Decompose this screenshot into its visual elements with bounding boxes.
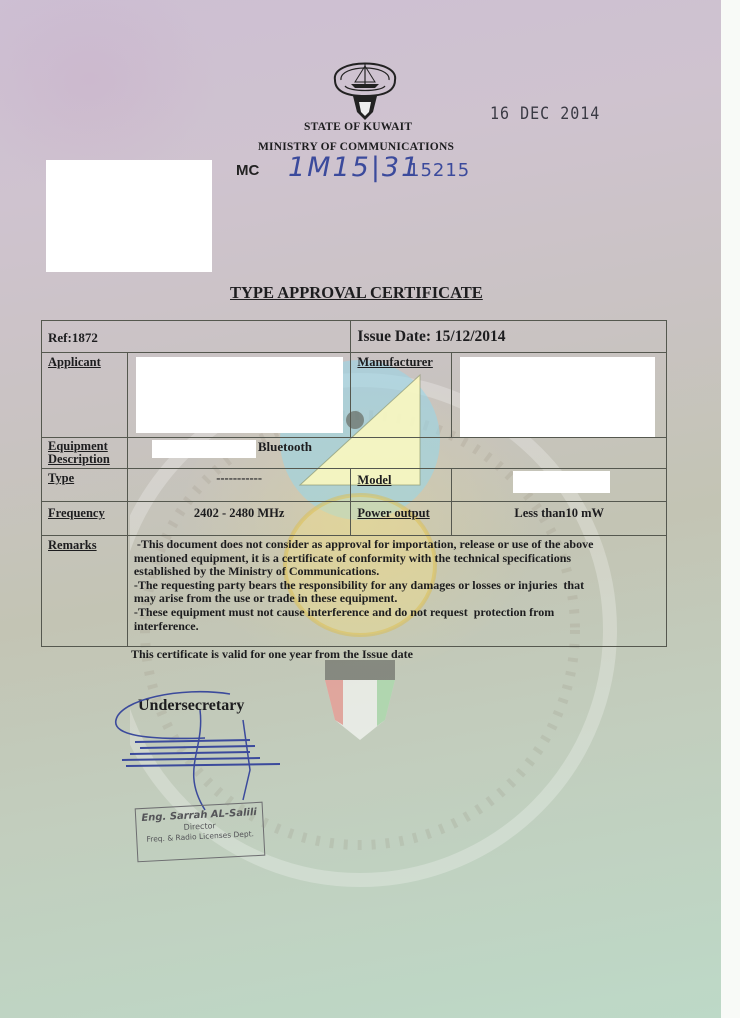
director-stamp: Eng. Sarrah AL-Salili Director Freq. & R… — [135, 802, 266, 863]
remarks-label: Remarks — [42, 536, 128, 647]
handwritten-number: 15215 — [408, 160, 470, 181]
equipment-label: Equipment Description — [42, 438, 128, 469]
model-value — [452, 469, 667, 502]
power-output-value: Less than10 mW — [452, 502, 667, 536]
scan-margin — [721, 0, 740, 1018]
mc-prefix: MC — [236, 162, 259, 179]
manufacturer-value — [452, 353, 667, 438]
ref-number: Ref:1872 — [42, 321, 351, 353]
equipment-value-cell: Bluetooth — [127, 438, 666, 469]
remarks-text: -This document does not consider as appr… — [127, 536, 666, 647]
model-label: Model — [351, 469, 452, 502]
remarks-line: may arise from the use or trade in these… — [134, 592, 660, 606]
manufacturer-label: Manufacturer — [351, 353, 452, 438]
kuwait-emblem-icon — [325, 50, 405, 124]
remarks-line: -These equipment must not cause interfer… — [134, 606, 660, 620]
certificate-title: TYPE APPROVAL CERTIFICATE — [230, 283, 483, 303]
remarks-line: established by the Ministry of Communica… — [134, 565, 660, 579]
type-value: ----------- — [127, 469, 351, 502]
certificate-page: STATE OF KUWAIT MINISTRY OF COMMUNICATIO… — [0, 0, 721, 1018]
redacted-address-block — [46, 160, 212, 272]
state-heading: STATE OF KUWAIT — [304, 121, 412, 133]
remarks-line: mentioned equipment, it is a certificate… — [134, 552, 660, 566]
equipment-value: Bluetooth — [258, 439, 312, 455]
type-label: Type — [42, 469, 128, 502]
certificate-table: Ref:1872 Issue Date: 15/12/2014 Applican… — [41, 320, 667, 647]
remarks-line: -This document does not consider as appr… — [134, 538, 660, 552]
issue-date: Issue Date: 15/12/2014 — [351, 321, 667, 353]
frequency-value: 2402 - 2480 MHz — [127, 502, 351, 536]
validity-note: This certificate is valid for one year f… — [131, 647, 413, 662]
redacted-equipment-name — [152, 440, 256, 458]
signature-icon — [110, 690, 300, 820]
frequency-label: Frequency — [42, 502, 128, 536]
redacted-model — [513, 471, 610, 493]
applicant-label: Applicant — [42, 353, 128, 438]
handwritten-reference: 1M15|31 — [288, 152, 420, 183]
redacted-applicant — [136, 357, 343, 433]
redacted-manufacturer — [460, 357, 655, 437]
remarks-line: -The requesting party bears the responsi… — [134, 579, 660, 593]
power-output-label: Power output — [351, 502, 452, 536]
applicant-value — [127, 353, 351, 438]
remarks-line: interference. — [134, 620, 660, 634]
received-date-stamp: 16 DEC 2014 — [490, 103, 600, 124]
